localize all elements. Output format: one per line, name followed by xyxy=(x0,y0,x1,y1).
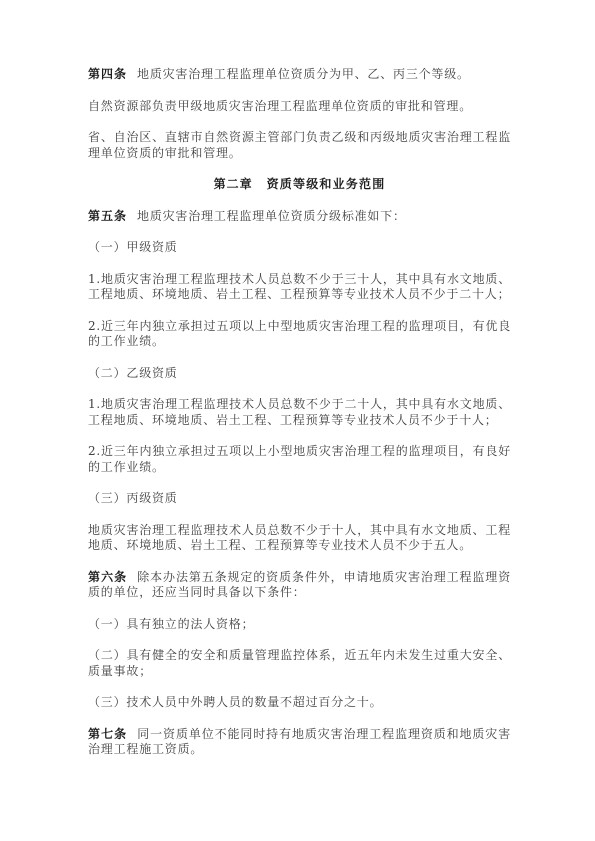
body-paragraph: 省、自治区、直辖市自然资源主管部门负责乙级和丙级地质灾害治理工程监理单位资质的审… xyxy=(88,130,511,161)
paragraph-text: 资质等级和业务范围 xyxy=(267,177,386,191)
body-paragraph: （三）丙级资质 xyxy=(88,491,511,507)
article-paragraph: 第七条同一资质单位不能同时持有地质灾害治理工程监理资质和地质灾害治理工程施工资质… xyxy=(88,727,511,758)
paragraph-text: 地质灾害治理工程监理单位资质分级标准如下： xyxy=(137,209,406,223)
body-paragraph: （二）乙级资质 xyxy=(88,366,511,382)
paragraph-text: 地质灾害治理工程监理技术人员总数不少于十人，其中具有水文地质、工程地质、环境地质… xyxy=(88,523,511,553)
paragraph-text: （三）技术人员中外聘人员的数量不超过百分之十。 xyxy=(88,695,382,709)
paragraph-text: （一）具有独立的法人资格； xyxy=(88,617,254,631)
chapter-heading: 第二章资质等级和业务范围 xyxy=(88,177,511,193)
paragraph-text: （二）乙级资质 xyxy=(88,366,178,380)
body-paragraph: 2.近三年内独立承担过五项以上小型地质灾害治理工程的监理项目，有良好的工作业绩。 xyxy=(88,444,511,475)
paragraph-text: 同一资质单位不能同时持有地质灾害治理工程监理资质和地质灾害治理工程施工资质。 xyxy=(88,727,511,757)
article-number: 第五条 xyxy=(88,209,127,223)
paragraph-text: （三）丙级资质 xyxy=(88,491,178,505)
paragraph-text: 1.地质灾害治理工程监理技术人员总数不少于二十人，其中具有水文地质、工程地质、环… xyxy=(88,397,511,427)
body-paragraph: （三）技术人员中外聘人员的数量不超过百分之十。 xyxy=(88,695,511,711)
paragraph-text: 省、自治区、直辖市自然资源主管部门负责乙级和丙级地质灾害治理工程监理单位资质的审… xyxy=(88,130,511,160)
paragraph-text: 2.近三年内独立承担过五项以上小型地质灾害治理工程的监理项目，有良好的工作业绩。 xyxy=(88,444,511,474)
document-body: 第四条地质灾害治理工程监理单位资质分为甲、乙、丙三个等级。自然资源部负责甲级地质… xyxy=(88,67,511,758)
body-paragraph: 1.地质灾害治理工程监理技术人员总数不少于三十人，其中具有水文地质、工程地质、环… xyxy=(88,272,511,303)
article-paragraph: 第五条地质灾害治理工程监理单位资质分级标准如下： xyxy=(88,209,511,225)
body-paragraph: 地质灾害治理工程监理技术人员总数不少于十人，其中具有水文地质、工程地质、环境地质… xyxy=(88,523,511,554)
paragraph-text: 地质灾害治理工程监理单位资质分为甲、乙、丙三个等级。 xyxy=(137,67,470,81)
body-paragraph: （一）具有独立的法人资格； xyxy=(88,617,511,633)
body-paragraph: 自然资源部负责甲级地质灾害治理工程监理单位资质的审批和管理。 xyxy=(88,99,511,115)
article-number: 第六条 xyxy=(88,570,127,584)
chapter-number: 第二章 xyxy=(214,177,253,191)
document-page: 第四条地质灾害治理工程监理单位资质分为甲、乙、丙三个等级。自然资源部负责甲级地质… xyxy=(0,0,595,841)
body-paragraph: （二）具有健全的安全和质量管理监控体系，近五年内未发生过重大安全、质量事故； xyxy=(88,648,511,679)
paragraph-text: 自然资源部负责甲级地质灾害治理工程监理单位资质的审批和管理。 xyxy=(88,99,472,113)
article-paragraph: 第四条地质灾害治理工程监理单位资质分为甲、乙、丙三个等级。 xyxy=(88,67,511,83)
paragraph-text: 除本办法第五条规定的资质条件外，申请地质灾害治理工程监理资质的单位，还应当同时具… xyxy=(88,570,511,600)
paragraph-text: （二）具有健全的安全和质量管理监控体系，近五年内未发生过重大安全、质量事故； xyxy=(88,648,511,678)
body-paragraph: 1.地质灾害治理工程监理技术人员总数不少于二十人，其中具有水文地质、工程地质、环… xyxy=(88,397,511,428)
article-number: 第四条 xyxy=(88,67,127,81)
body-paragraph: 2.近三年内独立承担过五项以上中型地质灾害治理工程的监理项目，有优良的工作业绩。 xyxy=(88,319,511,350)
body-paragraph: （一）甲级资质 xyxy=(88,240,511,256)
article-number: 第七条 xyxy=(88,727,127,741)
article-paragraph: 第六条除本办法第五条规定的资质条件外，申请地质灾害治理工程监理资质的单位，还应当… xyxy=(88,570,511,601)
paragraph-text: 1.地质灾害治理工程监理技术人员总数不少于三十人，其中具有水文地质、工程地质、环… xyxy=(88,272,511,302)
paragraph-text: （一）甲级资质 xyxy=(88,240,178,254)
paragraph-text: 2.近三年内独立承担过五项以上中型地质灾害治理工程的监理项目，有优良的工作业绩。 xyxy=(88,319,511,349)
